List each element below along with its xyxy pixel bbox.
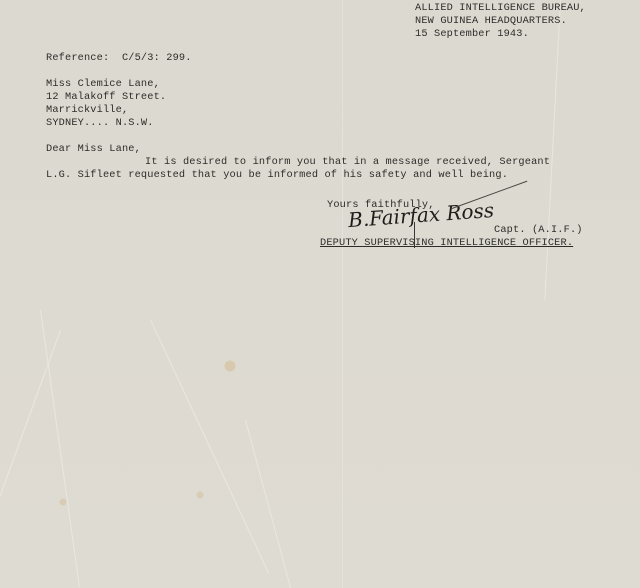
officer-title: DEPUTY SUPERVISING INTELLIGENCE OFFICER. xyxy=(320,237,573,250)
body-line-2: L.G. Sifleet requested that you be infor… xyxy=(46,169,508,182)
letterhead-headquarters: NEW GUINEA HEADQUARTERS. xyxy=(415,15,567,28)
recipient-name: Miss Clemice Lane, xyxy=(46,78,160,91)
paper-crease xyxy=(544,0,561,300)
letter-date: 15 September 1943. xyxy=(415,28,529,41)
body-line-1: It is desired to inform you that in a me… xyxy=(145,156,550,169)
recipient-city: SYDNEY.... N.S.W. xyxy=(46,117,154,130)
letterhead-bureau: ALLIED INTELLIGENCE BUREAU, xyxy=(415,2,586,15)
reference-number: Reference: C/5/3: 299. xyxy=(46,52,192,65)
letter-page: ALLIED INTELLIGENCE BUREAU, NEW GUINEA H… xyxy=(0,0,640,588)
salutation: Dear Miss Lane, xyxy=(46,143,141,156)
paper-crease xyxy=(245,420,293,588)
paper-crease xyxy=(40,310,80,587)
rank: Capt. (A.I.F.) xyxy=(494,224,583,237)
paper-crease xyxy=(0,330,61,584)
recipient-suburb: Marrickville, xyxy=(46,104,128,117)
recipient-street: 12 Malakoff Street. xyxy=(46,91,166,104)
